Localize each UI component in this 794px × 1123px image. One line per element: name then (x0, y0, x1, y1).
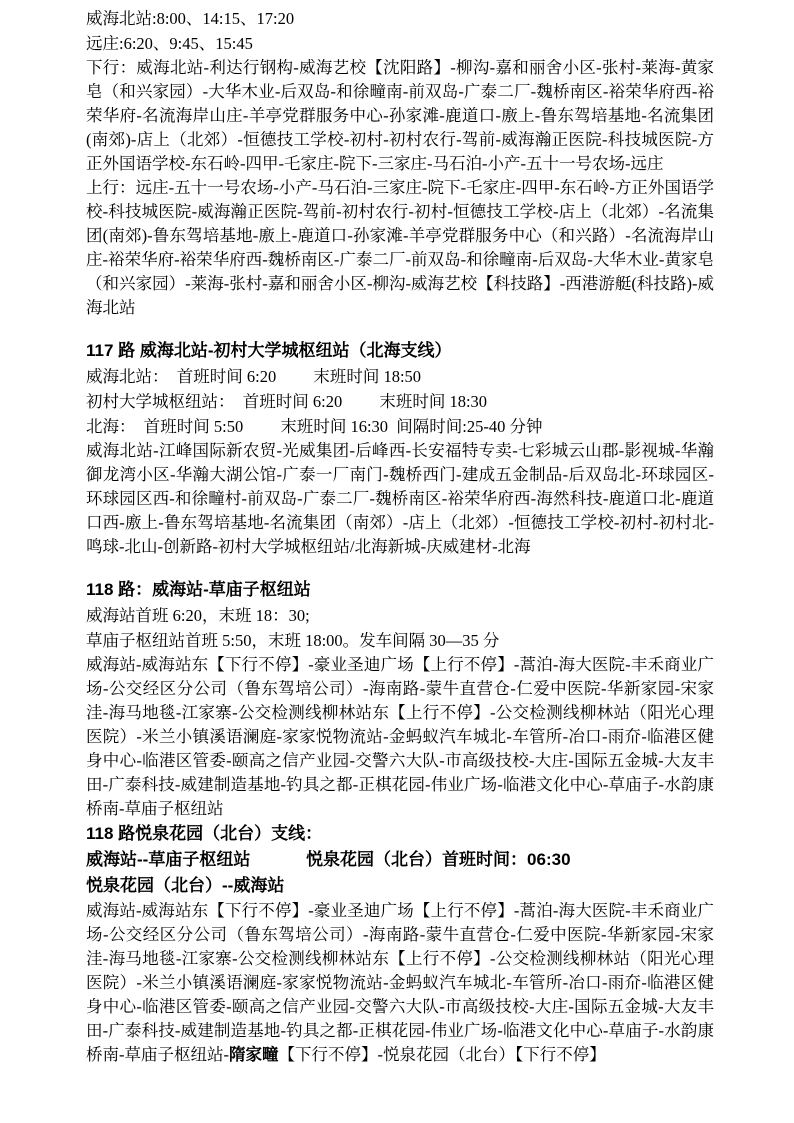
route-117-chucun-hub-times: 初村大学城枢纽站： 首班时间 6:20 末班时间 18:30 (86, 389, 714, 414)
route-118-branch-heading: 118 路悦泉花园（北台）支线： (86, 821, 714, 847)
section-gap (86, 320, 714, 338)
route-118-branch-return-heading: 悦泉花园（北台）--威海站 (86, 873, 714, 899)
document-page: 威海北站:8:00、14:15、17:20 远庄:6:20、9:45、15:45… (0, 0, 794, 1123)
route-117-weihai-north-times: 威海北站： 首班时间 6:20 末班时间 18:50 (86, 364, 714, 389)
route-118-branch-stops-paragraph: 威海站-威海站东【下行不停】-豪业圣迪广场【上行不停】-蒿泊-海大医院-丰禾商业… (86, 899, 714, 1067)
down-direction-stops-paragraph: 下行：威海北站-利达行钢构-威海艺校【沈阳路】-柳沟-嘉和丽舍小区-张村-莱海-… (86, 56, 714, 176)
route-118-stops-paragraph: 威海站-威海站东【下行不停】-豪业圣迪广场【上行不停】-蒿泊-海大医院-丰禾商业… (86, 653, 714, 821)
route-117-heading: 117 路 威海北站-初村大学城枢纽站（北海支线） (86, 338, 714, 364)
route-118-heading: 118 路：威海站-草庙子枢纽站 (86, 577, 714, 603)
route-118-weihai-station-times: 威海站首班 6:20，末班 18：30; (86, 603, 714, 628)
departure-times-yuanzhuang: 远庄:6:20、9:45、15:45 (86, 31, 714, 56)
departure-times-weihai-north: 威海北站:8:00、14:15、17:20 (86, 6, 714, 31)
section-gap (86, 559, 714, 577)
stops-text-segment: 【下行不停】-悦泉花园（北台）【下行不停】 (279, 1045, 606, 1064)
route-118-caomiaozi-hub-times: 草庙子枢纽站首班 5:50，末班 18:00。发车间隔 30—35 分 (86, 628, 714, 653)
route-117-stops-paragraph: 威海北站-江峰国际新农贸-光威集团-后峰西-长安福特专卖-七彩城云山郡-影视城-… (86, 439, 714, 559)
up-direction-stops-paragraph: 上行：远庄-五十一号农场-小产-马石泊-三家庄-院下-乇家庄-四甲-东石岭-方正… (86, 176, 714, 320)
stop-suijiatuan-bold: 隋家疃 (229, 1045, 279, 1064)
route-117-beihai-times: 北海： 首班时间 5:50 末班时间 16:30 间隔时间:25-40 分钟 (86, 414, 714, 439)
route-118-branch-first-bus-line: 威海站--草庙子枢纽站 悦泉花园（北台）首班时间：06:30 (86, 847, 714, 873)
stops-text-segment: 威海站-威海站东【下行不停】-豪业圣迪广场【上行不停】-蒿泊-海大医院-丰禾商业… (86, 901, 714, 1064)
